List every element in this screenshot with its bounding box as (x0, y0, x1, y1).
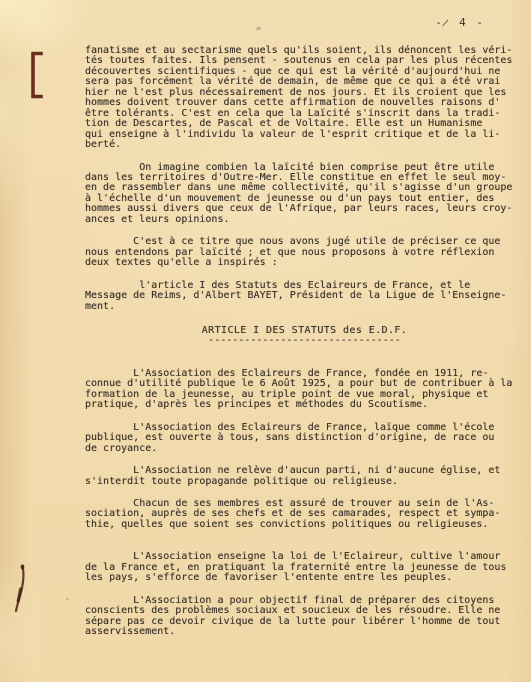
page-number: -̷ 4 - (435, 16, 485, 29)
paragraph: L'Association des Eclaireurs de France, … (85, 369, 524, 411)
document-page: -̷ 4 - fanatisme et au sectarisme quels … (0, 0, 531, 682)
paragraph: L'Association ne relève d'aucun parti, n… (85, 466, 524, 487)
paragraph: l'article I des Statuts des Eclaireurs d… (85, 281, 524, 312)
heading-underline: -------------------------------- (85, 336, 524, 346)
paragraph: Chacun de ses membres est assuré de trou… (85, 499, 524, 530)
curve-ink-mark (12, 563, 28, 619)
paragraph: fanatisme et au sectarisme quels qu'ils … (85, 46, 524, 151)
paragraph: L'Association a pour objectif final de p… (85, 596, 524, 638)
article-heading-block: ARTICLE I DES STATUTS des E.D.F. -------… (85, 326, 524, 347)
smudge-speck (256, 26, 262, 31)
paragraph: On imagine combien la laïcité bien compr… (85, 163, 524, 226)
paragraph: L'Association des Eclaireurs de France, … (85, 423, 524, 454)
document-body: fanatisme et au sectarisme quels qu'ils … (85, 46, 524, 649)
paragraph: C'est à ce titre que nous avons jugé uti… (85, 237, 524, 268)
smudge-speck (66, 598, 69, 600)
bracket-ink-mark (28, 51, 46, 103)
paragraph: L'Association enseigne la loi de l'Eclai… (85, 552, 524, 583)
